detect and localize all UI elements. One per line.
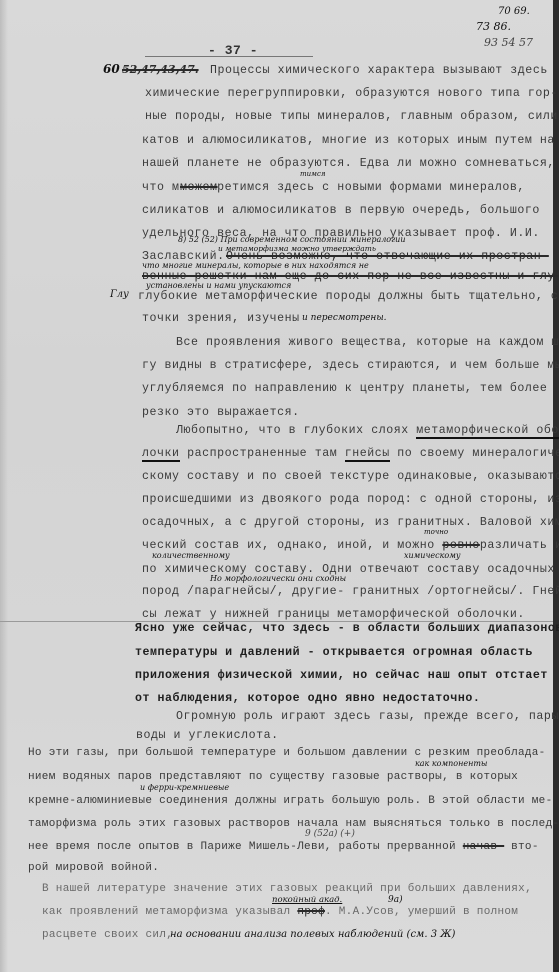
text-line: Процессы химического характера вызывают … [210,64,548,77]
handwritten-pokoiny-akad: покойный акад. [272,895,342,905]
handwritten-glu: Глу [110,289,129,300]
handwritten-insert: тимся [300,170,326,178]
text-line: по химическому составу. Одни отвечают со… [142,563,555,576]
text-line: резко это выражается. [142,406,300,419]
text-line: сы лежат у нижней границы метаморфическо… [142,608,525,621]
text-line: В нашей литературе значение этих газовых… [42,883,532,895]
handwritten-kolichestvennomu: количественному [152,551,230,560]
text-span: распространенные там [187,447,337,460]
text-span: вто- [511,841,539,853]
text-line: от наблюдения, которое одно явно недоста… [135,692,480,705]
archive-number-bottom: 93 54 57 [484,36,533,49]
text-line: скому составу и по своей текстуре одинак… [142,470,559,483]
text-line: Но эти газы, при большой температуре и б… [28,747,546,759]
handwritten-note-8d: установлены и нами упускаются [146,281,291,290]
text-span: нее время после опытов в Париже Мишель-Л… [28,841,456,853]
text-line: силикатов и алюмосиликатов в первую очер… [142,204,540,217]
text-line: нашей планете не образуются. Едва ли мож… [142,157,555,170]
text-line: точки зрения, изучены [142,312,300,325]
handwritten-na-osnovanii: на основании анализа полевых наблюдений … [170,929,455,940]
handwritten-kak-komponenty: как компоненты [415,759,487,768]
text-line: углубляемся по направлению к центру план… [142,382,547,395]
struck-word: можем [180,181,218,194]
text-span: по своему минералогиче- [397,447,559,460]
text-line: нее время после опытов в Париже Мишель-Л… [28,841,539,853]
handwritten-peresmotreny: и пересмотрены. [302,313,387,323]
text-span: Любопытно, что в глубоких слоях [176,424,409,437]
text-line: Ясно уже сейчас, что здесь - в области б… [135,622,559,635]
text-line: гу видны в стратисфере, здесь стираются,… [142,359,559,372]
text-line: кремне-алюминиевые соединения должны игр… [28,795,552,807]
text-line: Все проявления живого вещества, которые … [176,336,559,349]
archive-number-middle: 73 86. [476,20,511,33]
text-line: осадочных, а с другой стороны, из гранит… [142,516,559,529]
text-line: химические перегруппировки, образуются н… [145,87,558,100]
handwritten-note-9: 9 (52а) (+) [305,829,355,839]
handwritten-khimicheskomu: химическому [404,551,461,560]
handwritten-note-8: 8) 52 (52) При современном состоянии мин… [178,235,405,244]
margin-number: 60 [103,62,120,76]
text-line: таморфизма роль этих газовых растворов н… [28,818,559,830]
text-line: приложения физической химии, но сейчас н… [135,669,548,682]
text-line: катов и алюмосиликатов, многие из которы… [142,134,555,147]
struck-word: проф [297,906,325,918]
text-line: лочки распространенные там гнейсы по сво… [142,447,559,460]
text-line: глубокие метаморфические породы должны б… [138,290,559,303]
text-line: воды и углекислота. [136,729,279,742]
text-span: . М.А.Усов, умерший в полном [325,906,518,918]
text-line: расцвете своих сил, [42,929,173,941]
handwritten-note-8c: что многие минералы, которые в них наход… [142,261,369,270]
text-line: температуры и давлений - открывается огр… [135,646,533,659]
handwritten-note-9a: 9а) [388,895,403,905]
handwritten-morfologicheski: Но морфологически они сходны [210,574,346,583]
text-line: Огромную роль играют здесь газы, прежде … [176,710,559,723]
struck-margin-numbers: 52,47,43,47. [122,63,199,76]
text-span: различать их [480,539,559,552]
underlined-term: метаморфической обо- [416,424,559,439]
text-span: как проявлений метаморфизма указывал [42,906,290,918]
archive-number-top: 70 69. [498,6,530,17]
text-line: ные породы, новые типы минералов, главны… [145,110,559,123]
text-line: пород /парагнейсы/, другие- гранитных /о… [142,585,559,598]
text-line: нием водяных паров представляют по сущес… [28,771,518,783]
underlined-term: гнейсы [345,447,390,462]
text-line: рой мировой войной. [28,862,159,874]
struck-word: начав- [463,841,504,853]
handwritten-tochno: точно [424,528,448,536]
text-line: как проявлений метаморфизма указывал про… [42,906,518,918]
page-number-rule [145,56,313,57]
text-line: Любопытно, что в глубоких слоях метаморф… [176,424,559,437]
archival-page: 70 69. 73 86. 93 54 57 - 37 - 60 52,47,4… [0,0,559,972]
underlined-term: лочки [142,447,180,462]
handwritten-ferri-kremnievye: и ферри-кремниевые [140,783,229,792]
text-line: происшедшими из двоякого рода пород: с о… [142,493,559,506]
